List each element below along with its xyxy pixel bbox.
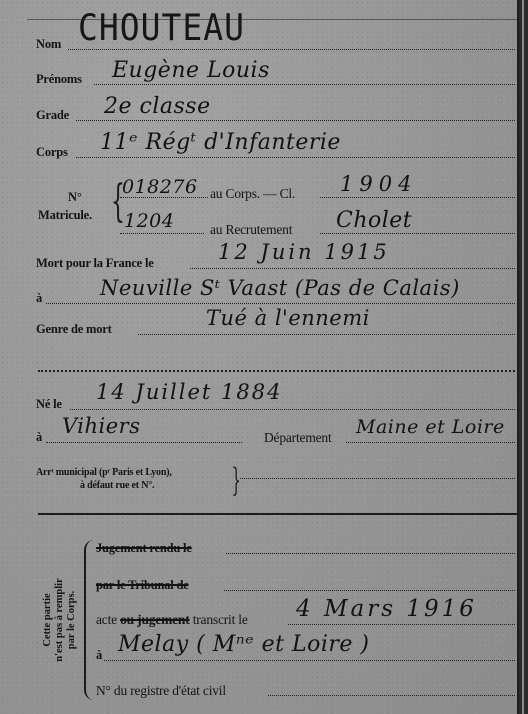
nom-value: CHOUTEAU xyxy=(78,6,245,49)
acte-value: 4 Mars 1916 xyxy=(296,596,477,622)
arrondissement-dotted-line xyxy=(240,478,515,479)
matricule-label-no: N° xyxy=(68,190,82,205)
lieu-transcription-dotted-line xyxy=(104,660,515,661)
corps-dotted-line xyxy=(76,157,515,158)
registre-dotted-line xyxy=(268,695,515,696)
corps-label: Corps xyxy=(36,145,68,160)
lieu-transcription-value: Melay ( Mⁿᵉ et Loire ) xyxy=(118,632,370,657)
genre-mort-label: Genre de mort xyxy=(36,322,112,337)
card-right-border xyxy=(517,0,528,714)
lieu-naissance-value: Vihiers xyxy=(62,414,141,438)
mort-dotted-line xyxy=(190,268,515,269)
lieu-mort-dotted-line xyxy=(46,303,515,304)
nom-dotted-line xyxy=(68,49,515,50)
scanned-record-card: Nom CHOUTEAU Prénoms Eugène Louis Grade … xyxy=(0,0,528,714)
arrondissement-brace: } xyxy=(232,464,241,496)
arrondissement-label-line2: à défaut rue et N°. xyxy=(80,480,154,491)
classe-dotted-line xyxy=(320,197,515,198)
naissance-dotted-line xyxy=(70,409,515,410)
lieu-mort-label: à xyxy=(36,291,42,306)
section-separator-solid xyxy=(38,513,517,515)
departement-label: Département xyxy=(264,430,332,446)
side-note-line3: par le Corps. xyxy=(66,578,78,662)
lieu-mort-value: Neuville Sᵗ Vaast (Pas de Calais) xyxy=(100,276,460,300)
jugement-dotted-line xyxy=(226,553,515,554)
nom-label: Nom xyxy=(36,37,61,52)
au-corps-label: au Corps. — Cl. xyxy=(210,186,295,202)
grade-label: Grade xyxy=(36,108,69,123)
prenoms-value: Eugène Louis xyxy=(112,58,270,83)
side-note: Cette partie n'est pas à remplir par le … xyxy=(30,545,90,695)
mort-value: 12 Juin 1915 xyxy=(218,240,390,264)
corps-value: 11ᵉ Régᵗ d'Infanterie xyxy=(100,130,341,155)
departement-value: Maine et Loire xyxy=(356,416,505,438)
acte-label-suffix: transcrit le xyxy=(190,612,248,627)
lieu-naissance-label: à xyxy=(36,430,42,445)
matricule-corps-number: 018276 xyxy=(122,176,198,198)
departement-dotted-line xyxy=(346,442,515,443)
side-note-line2: n'est pas à remplir xyxy=(54,578,66,662)
acte-label-prefix: acte xyxy=(96,612,120,627)
transcription-brace xyxy=(84,540,96,700)
lieu-transcription-label: à xyxy=(96,648,102,663)
naissance-value: 14 Juillet 1884 xyxy=(96,380,282,404)
acte-label: acte ou jugement transcrit le xyxy=(96,612,248,628)
lieu-naissance-dotted-line xyxy=(46,442,242,443)
acte-label-struck: ou jugement xyxy=(120,612,189,627)
au-recrutement-label: au Recrutement xyxy=(210,222,292,238)
matricule-label: Matricule. xyxy=(38,208,92,223)
grade-value: 2e classe xyxy=(104,94,211,119)
matricule-recrutement-number: 1204 xyxy=(124,210,174,232)
grade-dotted-line xyxy=(76,120,515,121)
recrutement-dotted-line xyxy=(320,233,515,234)
tribunal-label: par le Tribunal de xyxy=(96,578,189,593)
prenoms-dotted-line xyxy=(94,84,515,85)
naissance-label: Né le xyxy=(36,397,62,412)
acte-dotted-line xyxy=(288,624,515,625)
genre-mort-dotted-line xyxy=(138,334,515,335)
prenoms-label: Prénoms xyxy=(36,72,82,87)
arrondissement-label-line1: Arrᵗ municipal (pʳ Paris et Lyon), xyxy=(36,467,172,478)
recrutement-number-dotted-line xyxy=(120,233,204,234)
registre-label: N° du registre d'état civil xyxy=(96,683,226,699)
section-separator-dotted xyxy=(38,370,515,372)
matricule-classe: 1904 xyxy=(340,172,417,196)
jugement-label: Jugement rendu le xyxy=(96,541,192,556)
genre-mort-value: Tué à l'ennemi xyxy=(206,306,370,330)
tribunal-dotted-line xyxy=(224,590,515,591)
mort-label: Mort pour la France le xyxy=(36,256,154,271)
matricule-recrutement-place: Cholet xyxy=(336,208,412,233)
side-note-line1: Cette partie xyxy=(42,578,54,662)
